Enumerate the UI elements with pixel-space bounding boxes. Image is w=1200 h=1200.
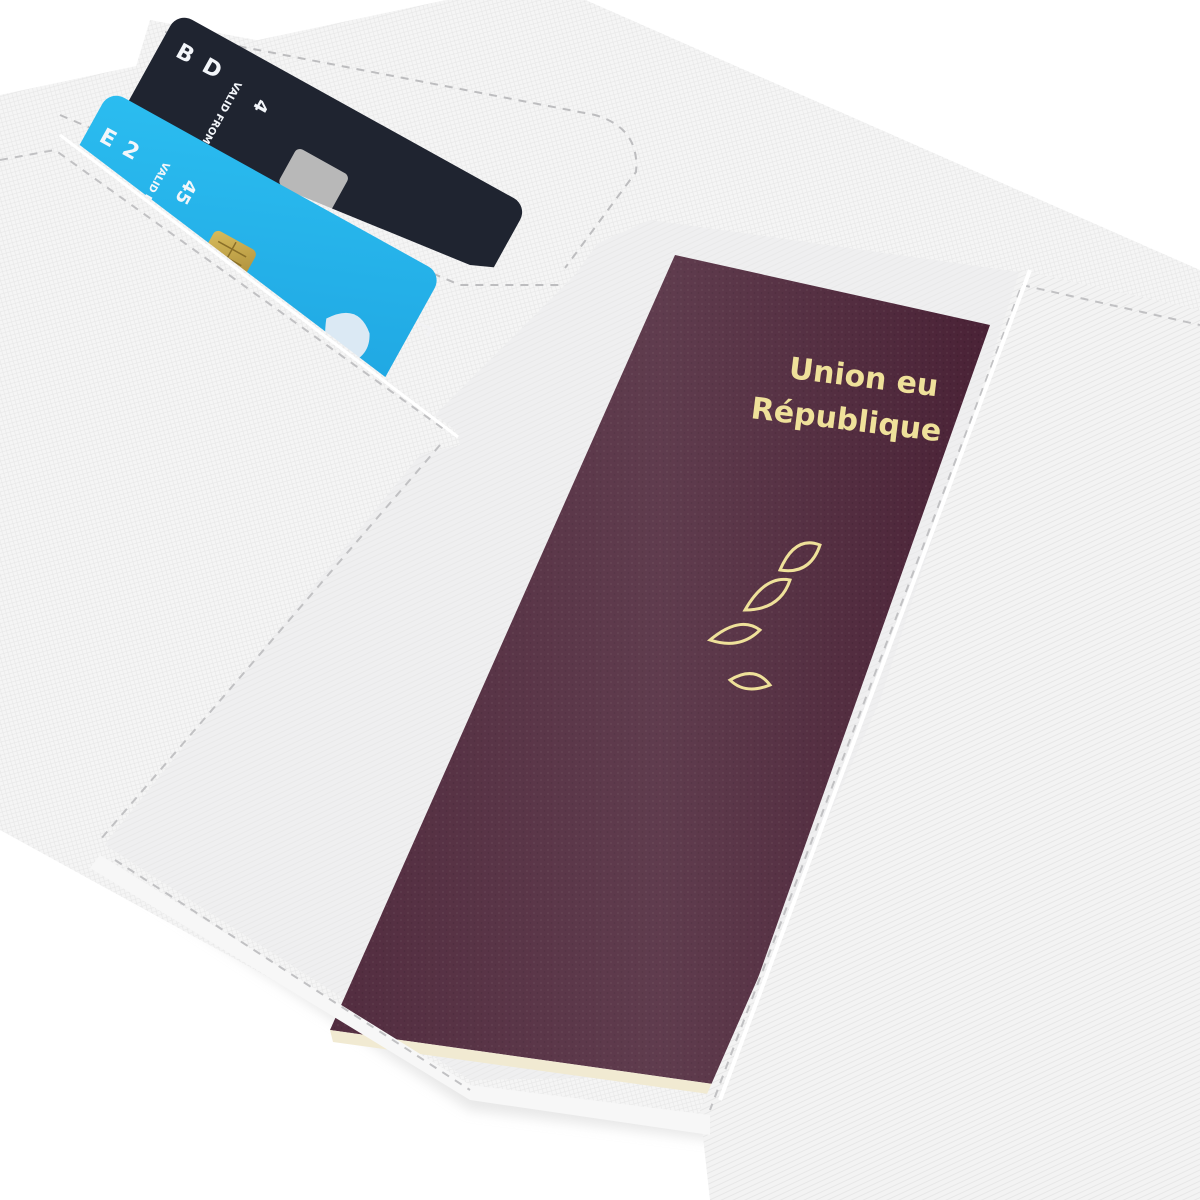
passport-wallet-illustration: B D VALID FROM 4 H E 2 VALID FROM 45 Uni… (0, 0, 1200, 1200)
product-photo: B D VALID FROM 4 H E 2 VALID FROM 45 Uni… (0, 0, 1200, 1200)
